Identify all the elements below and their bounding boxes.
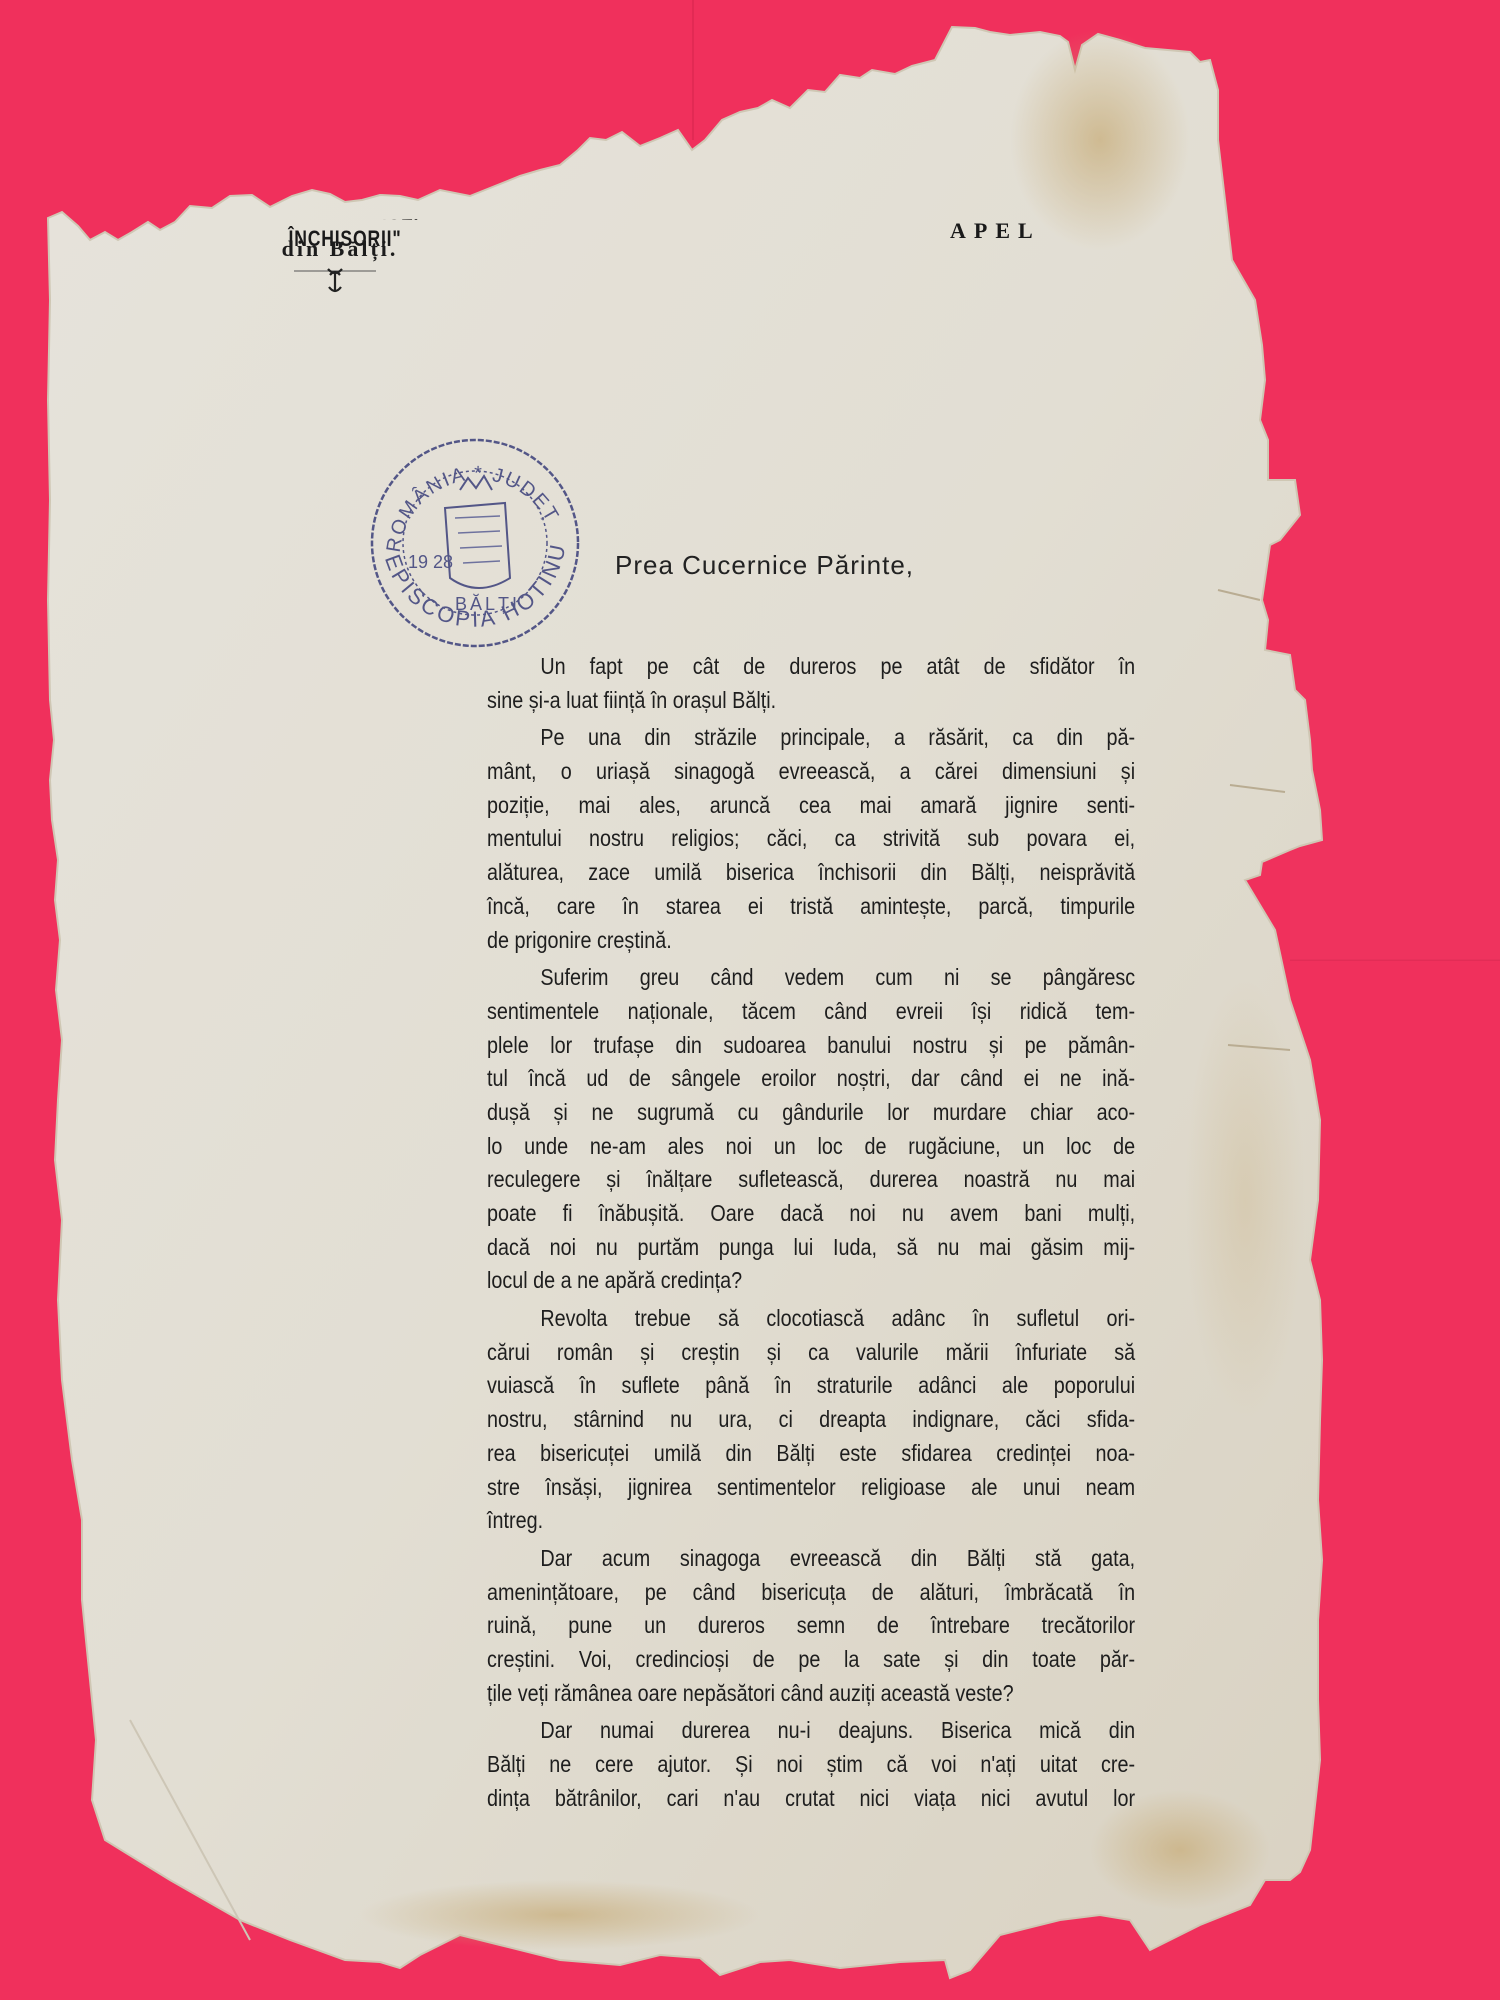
- salutation: Prea Cucernice Părinte,: [615, 550, 914, 581]
- text-line: tul încă ud de sângele eroilor noștri, d…: [487, 1062, 1135, 1096]
- appeal-body: Un fapt pe cât de dureros pe atât de sfi…: [487, 650, 1135, 1815]
- text-line: cărui român și creștin și ca valurile mă…: [487, 1336, 1135, 1370]
- text-line: Revolta trebue să clocotiască adânc în s…: [487, 1302, 1135, 1336]
- stamp-city: BĂLȚI: [455, 594, 520, 614]
- text-line: vuiască în suflete până în straturile ad…: [487, 1369, 1135, 1403]
- text-line: întreg.: [487, 1504, 1135, 1538]
- document-title: APEL: [950, 218, 1041, 244]
- text-line: sentimentele naționale, tăcem când evrei…: [487, 995, 1135, 1029]
- text-line: locul de a ne apără credința?: [487, 1264, 1135, 1298]
- text-line: rea bisericuței umilă din Bălți este sfi…: [487, 1437, 1135, 1471]
- text-line: nostru, stârnind nu ura, ci dreapta indi…: [487, 1403, 1135, 1437]
- paragraph: Suferim greu când vedem cum ni se pângăr…: [487, 961, 1135, 1298]
- text-line: creștini. Voi, credincioși de pe la sate…: [487, 1643, 1135, 1677]
- text-line: alăturea, zace umilă biserica închisorii…: [487, 856, 1135, 890]
- ornament-icon: [290, 265, 380, 297]
- text-line: stre însăși, jignirea sentimentelor reli…: [487, 1471, 1135, 1505]
- text-line: dușă și ne sugrumă cu gândurile lor murd…: [487, 1096, 1135, 1130]
- stamp-text-top: ROMÂNIA * JUDEȚUL: [360, 428, 563, 554]
- text-line: Dar acum sinagoga evreească din Bălți st…: [487, 1542, 1135, 1576]
- text-line: Un fapt pe cât de dureros pe atât de sfi…: [487, 650, 1135, 684]
- text-line: poziție, mai ales, aruncă cea mai amară …: [487, 789, 1135, 823]
- text-line: Dar numai durerea nu-i deajuns. Biserica…: [487, 1714, 1135, 1748]
- text-line: de prigonire creștină.: [487, 924, 1135, 958]
- text-line: mânt, o uriașă sinagogă evreească, a căr…: [487, 755, 1135, 789]
- text-line: ruină, pune un dureros semn de întrebare…: [487, 1609, 1135, 1643]
- text-line: Pe una din străzile principale, a răsări…: [487, 721, 1135, 755]
- episcopal-stamp-icon: ROMÂNIA * JUDEȚUL EPISCOPIA HOTINULUI 19…: [360, 428, 590, 658]
- paragraph: Pe una din străzile principale, a răsări…: [487, 721, 1135, 957]
- text-line: amenințătoare, pe când bisericuța de ală…: [487, 1576, 1135, 1610]
- text-line: plele lor trufașe din sudoarea banului n…: [487, 1029, 1135, 1063]
- text-line: Suferim greu când vedem cum ni se pângăr…: [487, 961, 1135, 995]
- header-city: din Bălți.: [255, 236, 425, 262]
- text-line: Bălți ne cere ajutor. Și noi știm că voi…: [487, 1748, 1135, 1782]
- stamp-numbers: 19 28: [408, 552, 453, 572]
- paragraph: Un fapt pe cât de dureros pe atât de sfi…: [487, 650, 1135, 717]
- text-line: sine și-a luat ființă în orașul Bălți.: [487, 684, 1135, 718]
- text-line: reculegere și înălțare sufletească, dure…: [487, 1163, 1135, 1197]
- paragraph: Dar acum sinagoga evreească din Bălți st…: [487, 1542, 1135, 1710]
- text-line: dacă noi nu purtăm punga lui Iuda, să nu…: [487, 1231, 1135, 1265]
- text-line: poate fi înăbușită. Oare dacă noi nu ave…: [487, 1197, 1135, 1231]
- svg-text:ROMÂNIA * JUDEȚUL: ROMÂNIA * JUDEȚUL: [360, 428, 563, 554]
- text-line: mentului nostru religios; căci, ca striv…: [487, 822, 1135, 856]
- text-line: țile veți rămânea oare nepăsători când a…: [487, 1677, 1135, 1711]
- text-line: încă, care în starea ei tristă amintește…: [487, 890, 1135, 924]
- paragraph: Dar numai durerea nu-i deajuns. Biserica…: [487, 1714, 1135, 1815]
- text-line: lo unde ne-am ales noi un loc de rugăciu…: [487, 1130, 1135, 1164]
- paragraph: Revolta trebue să clocotiască adânc în s…: [487, 1302, 1135, 1538]
- text-line: dința bătrânilor, cari n'au crutat nici …: [487, 1782, 1135, 1816]
